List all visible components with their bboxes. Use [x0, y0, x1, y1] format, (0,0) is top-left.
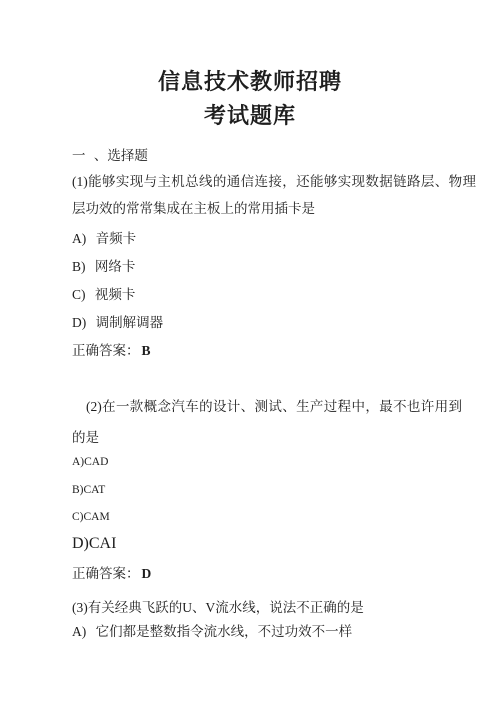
- question-2-option-d: D)CAI: [72, 536, 116, 552]
- section-heading: 一 、选择题: [72, 149, 148, 163]
- question-1-option-b: B) 网络卡: [72, 260, 135, 274]
- question-2-option-c: C)CAM: [72, 512, 110, 524]
- question-3-option-a: A) 它们都是整数指令流水线，不过功效不一样: [72, 625, 352, 639]
- answer-label: 正确答案：: [72, 343, 140, 358]
- question-2-text: (2)在一款概念汽车的设计、测试、生产过程中，最不也许用到的是: [72, 391, 462, 453]
- question-3-text: (3)有关经典飞跃的U、V流水线，说法不正确的是: [72, 594, 492, 621]
- question-1-option-a: A) 音频卡: [72, 232, 136, 246]
- answer-letter: B: [140, 343, 151, 358]
- answer-letter: D: [140, 566, 152, 581]
- question-1-option-c: C) 视频卡: [72, 288, 135, 302]
- question-2-answer: 正确答案：D: [72, 567, 151, 581]
- answer-label: 正确答案：: [72, 566, 140, 581]
- question-2-option-a: A)CAD: [72, 457, 108, 469]
- question-1-text: (1)能够实现与主机总线的通信连接，还能够实现数据链路层、物理层功效的常常集成在…: [72, 168, 476, 222]
- question-1-answer: 正确答案：B: [72, 344, 151, 358]
- doc-title-line-1: 信息技术教师招聘: [0, 71, 500, 93]
- doc-title-line-2: 考试题库: [0, 105, 500, 127]
- question-1-option-d: D) 调制解调器: [72, 316, 163, 330]
- question-2-option-b: B)CAT: [72, 485, 105, 497]
- document-page: 信息技术教师招聘 考试题库 一 、选择题 (1)能够实现与主机总线的通信连接，还…: [0, 0, 500, 707]
